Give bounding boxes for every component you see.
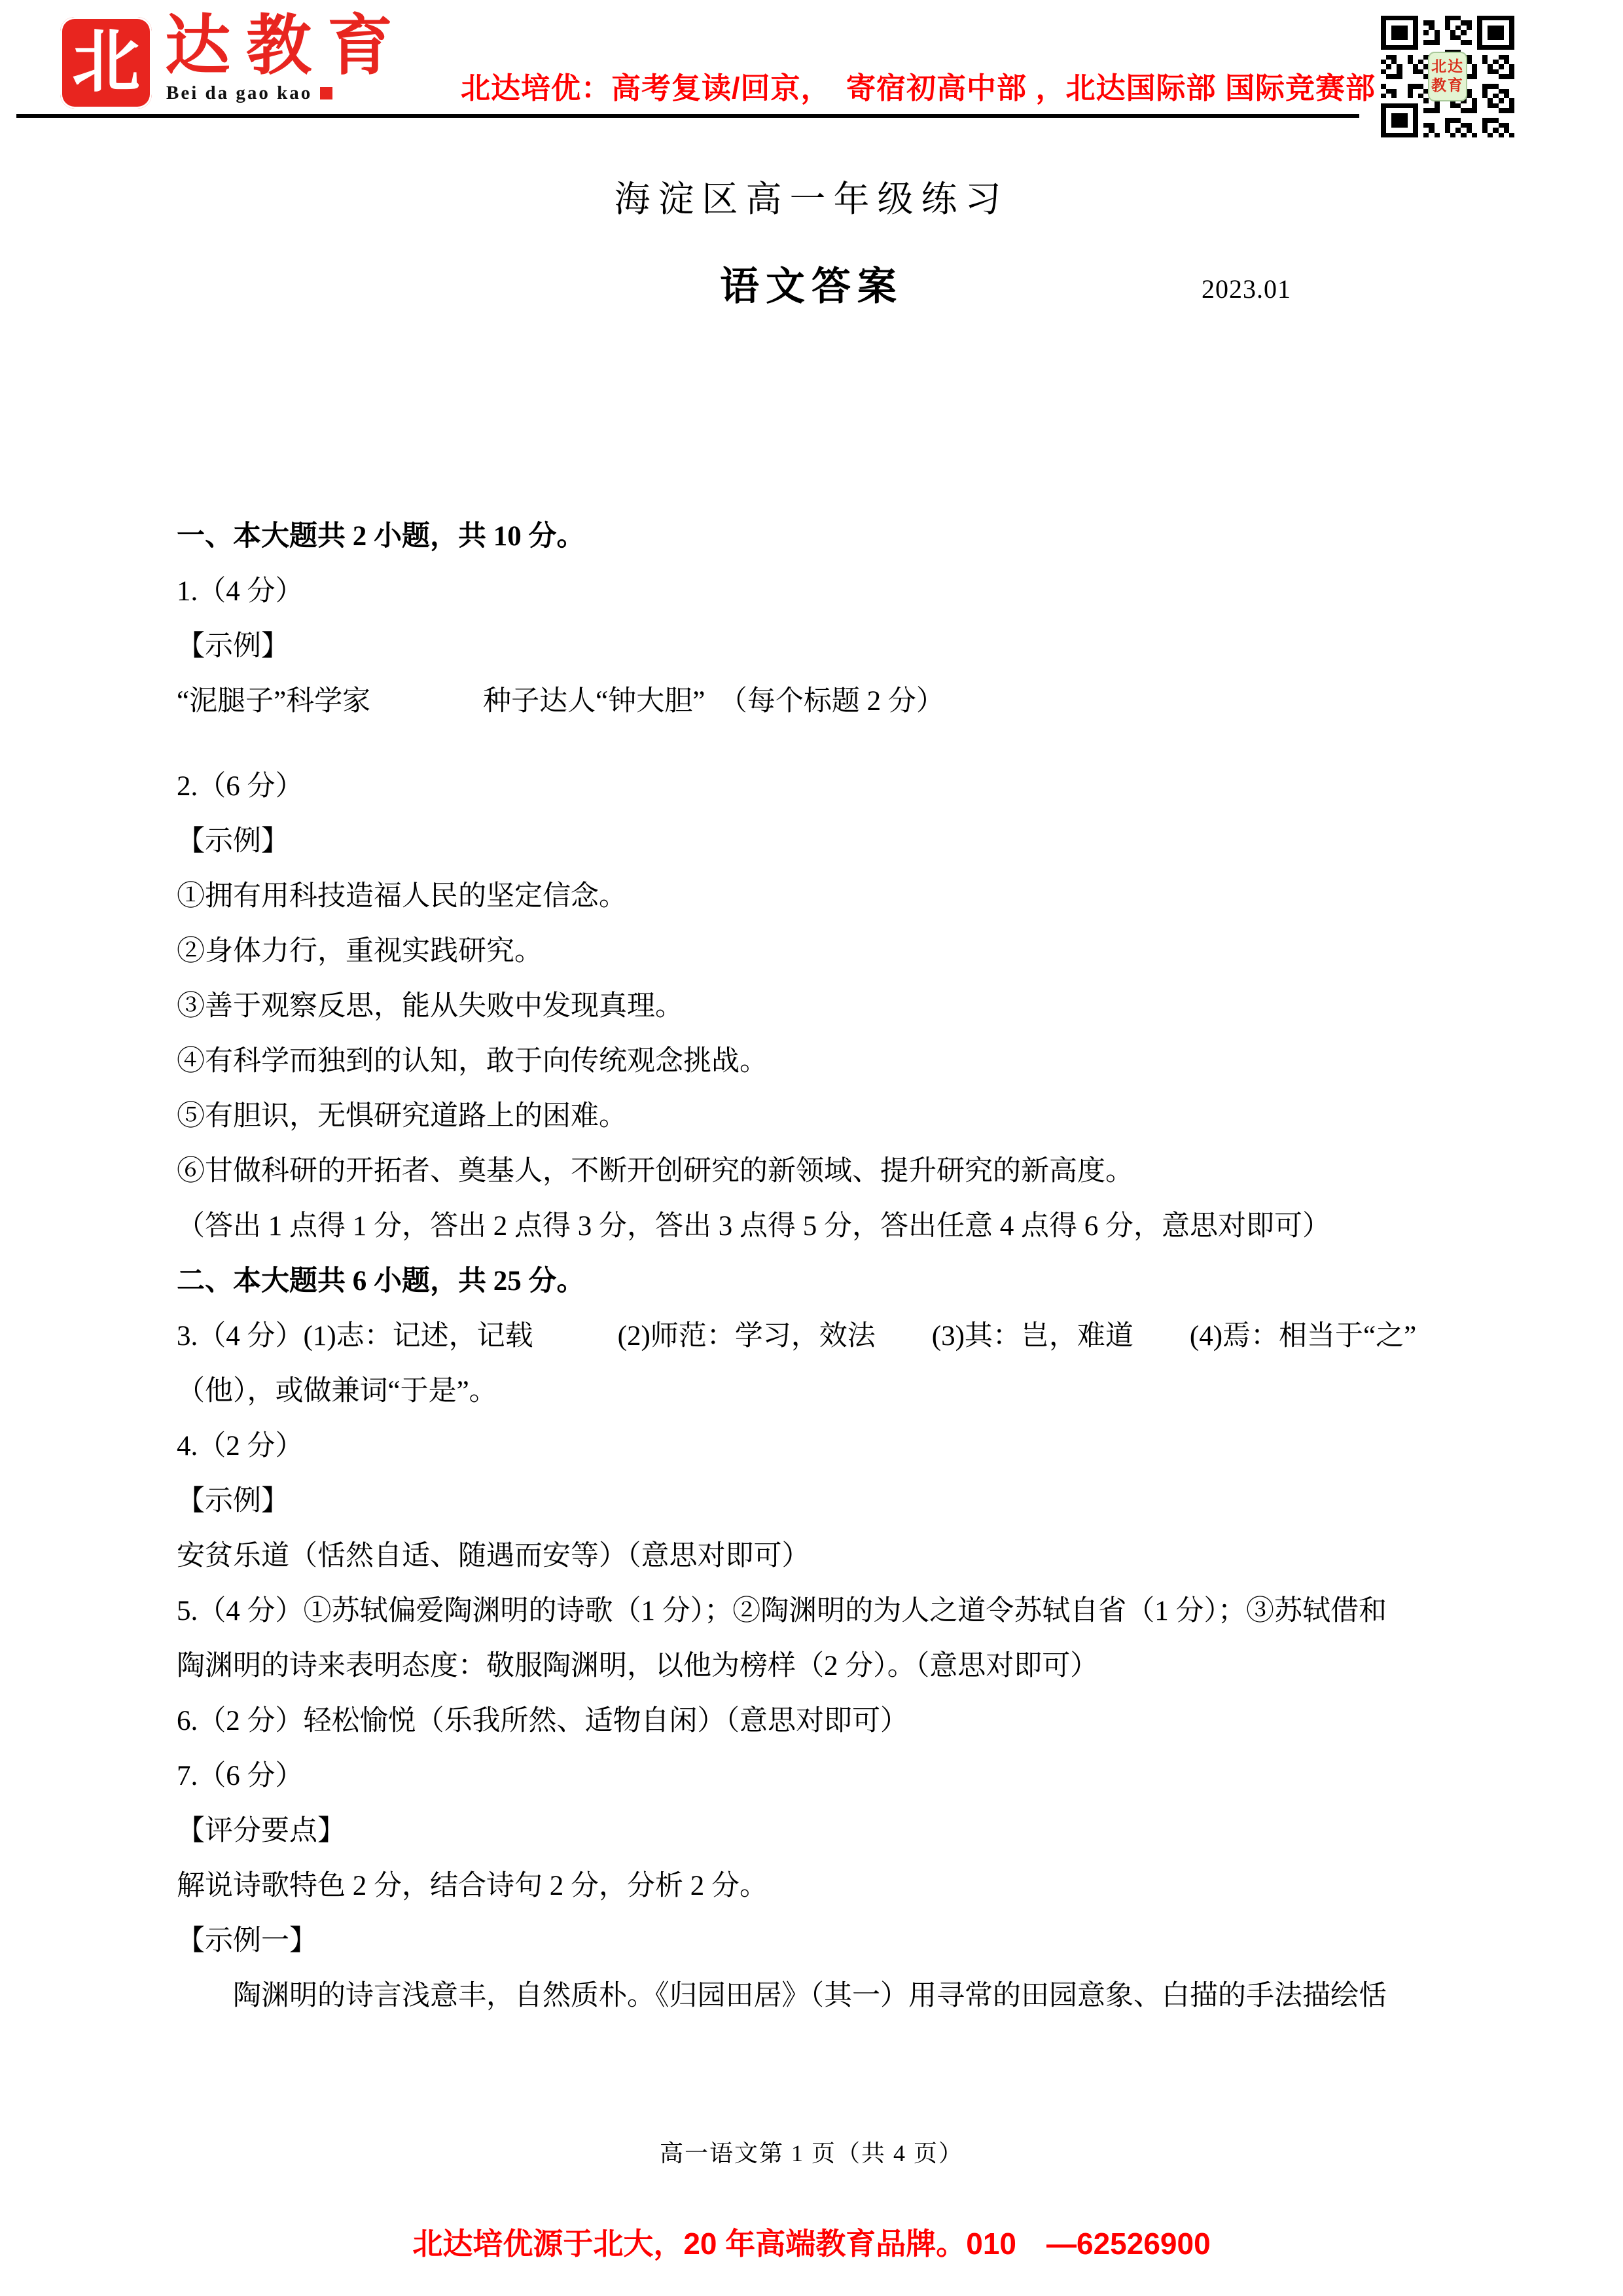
qr-module [1477, 118, 1482, 122]
qr-module [1429, 40, 1434, 45]
qr-module [1488, 113, 1493, 118]
qr-module [1472, 26, 1477, 30]
qr-module [1423, 123, 1429, 128]
qr-module [1472, 118, 1477, 122]
qr-module [1413, 16, 1418, 20]
qr-module [1402, 123, 1408, 128]
qr-module [1482, 69, 1488, 74]
qr-module [1467, 26, 1472, 30]
qr-module [1440, 118, 1445, 122]
qr-module [1445, 103, 1450, 108]
qr-module [1435, 20, 1440, 25]
qr-module [1499, 40, 1504, 45]
qr-module [1408, 20, 1413, 25]
body-line: ③善于观察反思，能从失败中发现真理。 [177, 979, 1486, 1034]
qr-module [1461, 30, 1466, 35]
qr-module [1381, 98, 1386, 103]
qr-module [1461, 20, 1466, 25]
qr-module [1472, 98, 1477, 103]
qr-module [1397, 50, 1402, 54]
qr-module [1418, 26, 1423, 30]
qr-module [1440, 113, 1445, 118]
qr-module [1509, 98, 1514, 103]
qr-module [1381, 55, 1386, 60]
qr-module [1386, 118, 1391, 122]
qr-module [1397, 45, 1402, 50]
qr-module [1413, 55, 1418, 60]
body-line: 二、本大题共 6 小题，共 25 分。 [177, 1254, 1486, 1309]
qr-module [1386, 74, 1391, 79]
qr-module [1445, 133, 1450, 137]
qr-module [1450, 45, 1455, 50]
qr-module [1461, 113, 1466, 118]
qr-module [1499, 26, 1504, 30]
qr-module [1435, 113, 1440, 118]
qr-module [1386, 50, 1391, 54]
qr-module [1477, 84, 1482, 88]
qr-module [1386, 55, 1391, 60]
qr-module [1386, 128, 1391, 132]
qr-module [1397, 16, 1402, 20]
qr-module [1477, 94, 1482, 98]
qr-module [1499, 89, 1504, 94]
qr-module [1397, 123, 1402, 128]
header-slogan: 北达培优：高考复读/回京， 寄宿初高中部 ，北达国际部 国际竞赛部 [461, 64, 1376, 107]
body-line: 2.（6 分） [177, 759, 1486, 814]
qr-module [1408, 74, 1413, 79]
qr-module [1408, 84, 1413, 88]
qr-module [1381, 79, 1386, 84]
qr-module [1477, 133, 1482, 137]
qr-module [1504, 118, 1509, 122]
qr-module [1418, 74, 1423, 79]
qr-module [1493, 94, 1498, 98]
qr-module [1455, 30, 1461, 35]
qr-module [1509, 50, 1514, 54]
qr-module [1455, 45, 1461, 50]
answer-body: 一、本大题共 2 小题，共 10 分。1.（4 分）【示例】“泥腿子”科学家 种… [177, 399, 1486, 2134]
qr-module [1381, 26, 1386, 30]
qr-module [1402, 89, 1408, 94]
qr-module [1402, 118, 1408, 122]
qr-module [1455, 16, 1461, 20]
qr-module [1440, 26, 1445, 30]
qr-module [1504, 16, 1509, 20]
qr-module [1461, 103, 1466, 108]
qr-module [1402, 50, 1408, 54]
qr-module [1413, 50, 1418, 54]
qr-module [1445, 123, 1450, 128]
qr-module [1397, 128, 1402, 132]
qr-module [1509, 30, 1514, 35]
qr-module [1467, 35, 1472, 40]
qr-module [1402, 108, 1408, 113]
qr-module [1488, 26, 1493, 30]
qr-module [1467, 20, 1472, 25]
qr-module [1477, 16, 1482, 20]
body-line: 解说诗歌特色 2 分，结合诗句 2 分，分析 2 分。 [177, 1859, 1486, 1914]
qr-module [1381, 113, 1386, 118]
qr-module [1440, 45, 1445, 50]
qr-module [1391, 74, 1397, 79]
qr-module [1418, 98, 1423, 103]
qr-module [1381, 84, 1386, 88]
qr-module [1402, 20, 1408, 25]
qr-module [1386, 79, 1391, 84]
qr-module [1418, 103, 1423, 108]
qr-module [1381, 133, 1386, 137]
qr-module [1423, 16, 1429, 20]
qr-module [1499, 123, 1504, 128]
qr-module [1429, 26, 1434, 30]
qr-module [1386, 60, 1391, 64]
qr-module [1397, 55, 1402, 60]
qr-module [1455, 108, 1461, 113]
qr-module [1423, 133, 1429, 137]
qr-module [1499, 50, 1504, 54]
qr-module [1477, 69, 1482, 74]
qr-module [1472, 108, 1477, 113]
qr-module [1423, 35, 1429, 40]
qr-module [1461, 45, 1466, 50]
qr-module [1493, 16, 1498, 20]
qr-module [1381, 74, 1386, 79]
qr-module [1413, 64, 1418, 69]
qr-module [1504, 128, 1509, 132]
qr-module [1402, 55, 1408, 60]
qr-module [1423, 98, 1429, 103]
qr-module [1418, 30, 1423, 35]
qr-module [1477, 50, 1482, 54]
qr-module [1499, 16, 1504, 20]
qr-module [1402, 26, 1408, 30]
qr-module [1450, 128, 1455, 132]
qr-module [1397, 74, 1402, 79]
qr-module [1440, 128, 1445, 132]
qr-module [1386, 30, 1391, 35]
qr-module [1391, 79, 1397, 84]
qr-module [1472, 20, 1477, 25]
qr-module [1408, 94, 1413, 98]
qr-module [1391, 40, 1397, 45]
body-line: 7.（6 分） [177, 1749, 1486, 1804]
qr-module [1381, 118, 1386, 122]
qr-module [1397, 113, 1402, 118]
qr-module [1477, 60, 1482, 64]
qr-module [1450, 40, 1455, 45]
qr-module [1435, 118, 1440, 122]
qr-module [1499, 74, 1504, 79]
qr-module [1440, 108, 1445, 113]
qr-module [1450, 20, 1455, 25]
qr-module [1408, 26, 1413, 30]
qr-module [1467, 16, 1472, 20]
body-line: 3.（4 分）(1)志：记述，记载 (2)师范：学习，效法 (3)其：岂，难道 … [177, 1309, 1486, 1364]
qr-module [1488, 16, 1493, 20]
qr-module [1397, 89, 1402, 94]
qr-module [1435, 45, 1440, 50]
body-lines: 一、本大题共 2 小题，共 10 分。1.（4 分）【示例】“泥腿子”科学家 种… [177, 509, 1486, 2024]
qr-module [1455, 128, 1461, 132]
qr-module [1482, 118, 1488, 122]
qr-module [1461, 16, 1466, 20]
qr-module [1391, 64, 1397, 69]
qr-module [1435, 128, 1440, 132]
qr-module [1391, 26, 1397, 30]
qr-module [1397, 79, 1402, 84]
qr-module [1504, 108, 1509, 113]
qr-module [1402, 40, 1408, 45]
qr-module [1482, 74, 1488, 79]
qr-module [1413, 30, 1418, 35]
qr-module [1509, 26, 1514, 30]
qr-module [1504, 103, 1509, 108]
qr-module [1504, 26, 1509, 30]
qr-module [1381, 108, 1386, 113]
qr-module [1509, 89, 1514, 94]
qr-module [1440, 16, 1445, 20]
qr-module [1391, 84, 1397, 88]
qr-module [1413, 103, 1418, 108]
qr-module [1429, 133, 1434, 137]
qr-module [1423, 108, 1429, 113]
body-line: 陶渊明的诗言浅意丰，自然质朴。《归园田居》（其一）用寻常的田园意象、白描的手法描… [177, 1969, 1486, 2024]
body-line: ⑥甘做科研的开拓者、奠基人，不断开创研究的新领域、提升研究的新高度。 [177, 1144, 1486, 1199]
qr-module [1477, 128, 1482, 132]
qr-module [1423, 30, 1429, 35]
qr-module [1413, 133, 1418, 137]
qr-module [1509, 55, 1514, 60]
qr-module [1408, 50, 1413, 54]
qr-module [1408, 128, 1413, 132]
qr-module [1413, 60, 1418, 64]
qr-module [1499, 118, 1504, 122]
qr-module [1493, 89, 1498, 94]
qr-module [1386, 35, 1391, 40]
qr-module [1418, 40, 1423, 45]
body-line: 6.（2 分）轻松愉悦（乐我所然、适物自闲）（意思对即可） [177, 1694, 1486, 1749]
qr-module [1488, 30, 1493, 35]
qr-module [1391, 45, 1397, 50]
body-line: （答出 1 点得 1 分，答出 2 点得 3 分，答出 3 点得 5 分，答出任… [177, 1199, 1486, 1254]
qr-module [1461, 128, 1466, 132]
qr-module [1467, 103, 1472, 108]
qr-module [1450, 108, 1455, 113]
qr-module [1499, 113, 1504, 118]
qr-module [1461, 133, 1466, 137]
body-line: 【评分要点】 [177, 1804, 1486, 1859]
qr-module [1488, 69, 1493, 74]
qr-module [1504, 89, 1509, 94]
qr-module [1397, 35, 1402, 40]
qr-module [1381, 64, 1386, 69]
qr-module [1482, 128, 1488, 132]
qr-module [1488, 20, 1493, 25]
qr-module [1418, 16, 1423, 20]
qr-module [1467, 113, 1472, 118]
qr-module [1509, 35, 1514, 40]
qr-module [1477, 103, 1482, 108]
qr-module [1386, 16, 1391, 20]
qr-module [1391, 118, 1397, 122]
qr-module [1467, 50, 1472, 54]
qr-module [1408, 89, 1413, 94]
qr-module [1413, 26, 1418, 30]
qr-module [1488, 103, 1493, 108]
qr-module [1381, 69, 1386, 74]
qr-module [1408, 118, 1413, 122]
qr-module [1509, 60, 1514, 64]
qr-module [1509, 113, 1514, 118]
qr-module [1440, 35, 1445, 40]
qr-module [1435, 35, 1440, 40]
qr-module [1461, 108, 1466, 113]
qr-module [1482, 40, 1488, 45]
qr-module [1450, 30, 1455, 35]
qr-module [1413, 108, 1418, 113]
qr-module [1397, 118, 1402, 122]
qr-module [1402, 133, 1408, 137]
qr-module [1482, 133, 1488, 137]
qr-module [1477, 113, 1482, 118]
qr-module [1397, 40, 1402, 45]
qr-module [1482, 55, 1488, 60]
qr-module [1504, 113, 1509, 118]
qr-module [1429, 108, 1434, 113]
qr-module [1408, 45, 1413, 50]
qr-module [1450, 123, 1455, 128]
qr-module [1418, 84, 1423, 88]
qr-module [1413, 89, 1418, 94]
qr-module [1499, 69, 1504, 74]
body-line: （他），或做兼词“于是”。 [177, 1364, 1486, 1419]
qr-module [1477, 45, 1482, 50]
qr-module [1423, 26, 1429, 30]
qr-module [1418, 20, 1423, 25]
qr-module [1386, 113, 1391, 118]
qr-module [1402, 79, 1408, 84]
qr-module [1391, 69, 1397, 74]
qr-module [1445, 108, 1450, 113]
qr-module [1413, 69, 1418, 74]
qr-module [1418, 60, 1423, 64]
body-line: 【示例】 [177, 814, 1486, 869]
qr-module [1493, 69, 1498, 74]
qr-module [1467, 40, 1472, 45]
qr-module [1408, 108, 1413, 113]
qr-module [1445, 16, 1450, 20]
qr-module [1509, 40, 1514, 45]
qr-badge: 北达教育 [1428, 52, 1467, 101]
qr-module [1493, 64, 1498, 69]
qr-module [1482, 89, 1488, 94]
qr-module [1504, 60, 1509, 64]
qr-module [1455, 103, 1461, 108]
qr-module [1493, 35, 1498, 40]
qr-module [1477, 79, 1482, 84]
qr-module [1429, 113, 1434, 118]
qr-module [1461, 26, 1466, 30]
qr-module [1504, 20, 1509, 25]
qr-module [1477, 74, 1482, 79]
qr-module [1477, 35, 1482, 40]
qr-module [1482, 108, 1488, 113]
qr-module [1493, 84, 1498, 88]
qr-module [1504, 50, 1509, 54]
qr-module [1435, 30, 1440, 35]
qr-module [1455, 20, 1461, 25]
qr-module [1429, 35, 1434, 40]
body-line: 安贫乐道（恬然自适、随遇而安等）（意思对即可） [177, 1529, 1486, 1584]
qr-module [1499, 103, 1504, 108]
qr-module [1450, 26, 1455, 30]
qr-module [1440, 103, 1445, 108]
qr-module [1397, 64, 1402, 69]
qr-module [1402, 113, 1408, 118]
qr-module [1461, 123, 1466, 128]
brand-subtext-label: Bei da gao kao [166, 82, 312, 104]
qr-module [1391, 128, 1397, 132]
qr-module [1467, 133, 1472, 137]
header-divider [16, 114, 1359, 118]
qr-module [1429, 128, 1434, 132]
qr-module [1493, 133, 1498, 137]
qr-module [1413, 45, 1418, 50]
qr-module [1402, 30, 1408, 35]
qr-module [1408, 123, 1413, 128]
brand-subtext: Bei da gao kao [166, 82, 332, 104]
qr-module [1402, 69, 1408, 74]
qr-module [1397, 69, 1402, 74]
qr-module [1435, 123, 1440, 128]
qr-module [1499, 64, 1504, 69]
qr-module [1455, 118, 1461, 122]
qr-module [1435, 133, 1440, 137]
qr-module [1418, 133, 1423, 137]
qr-module [1472, 123, 1477, 128]
qr-module [1472, 74, 1477, 79]
qr-module [1402, 64, 1408, 69]
exam-date: 2023.01 [1202, 274, 1291, 304]
qr-module [1418, 64, 1423, 69]
qr-module [1482, 16, 1488, 20]
qr-module [1450, 113, 1455, 118]
qr-module [1482, 84, 1488, 88]
qr-module [1488, 108, 1493, 113]
qr-module [1408, 30, 1413, 35]
qr-module [1386, 69, 1391, 74]
qr-module [1499, 60, 1504, 64]
qr-module [1499, 128, 1504, 132]
qr-module [1408, 69, 1413, 74]
qr-module [1504, 55, 1509, 60]
qr-module [1509, 118, 1514, 122]
qr-module [1488, 89, 1493, 94]
qr-module [1381, 94, 1386, 98]
qr-module [1482, 103, 1488, 108]
qr-module [1397, 30, 1402, 35]
qr-module [1504, 64, 1509, 69]
qr-module [1461, 40, 1466, 45]
qr-module [1381, 35, 1386, 40]
qr-module [1472, 94, 1477, 98]
qr-module [1482, 123, 1488, 128]
qr-module [1418, 108, 1423, 113]
qr-module [1499, 98, 1504, 103]
qr-module [1482, 26, 1488, 30]
qr-module [1504, 79, 1509, 84]
qr-module [1445, 45, 1450, 50]
